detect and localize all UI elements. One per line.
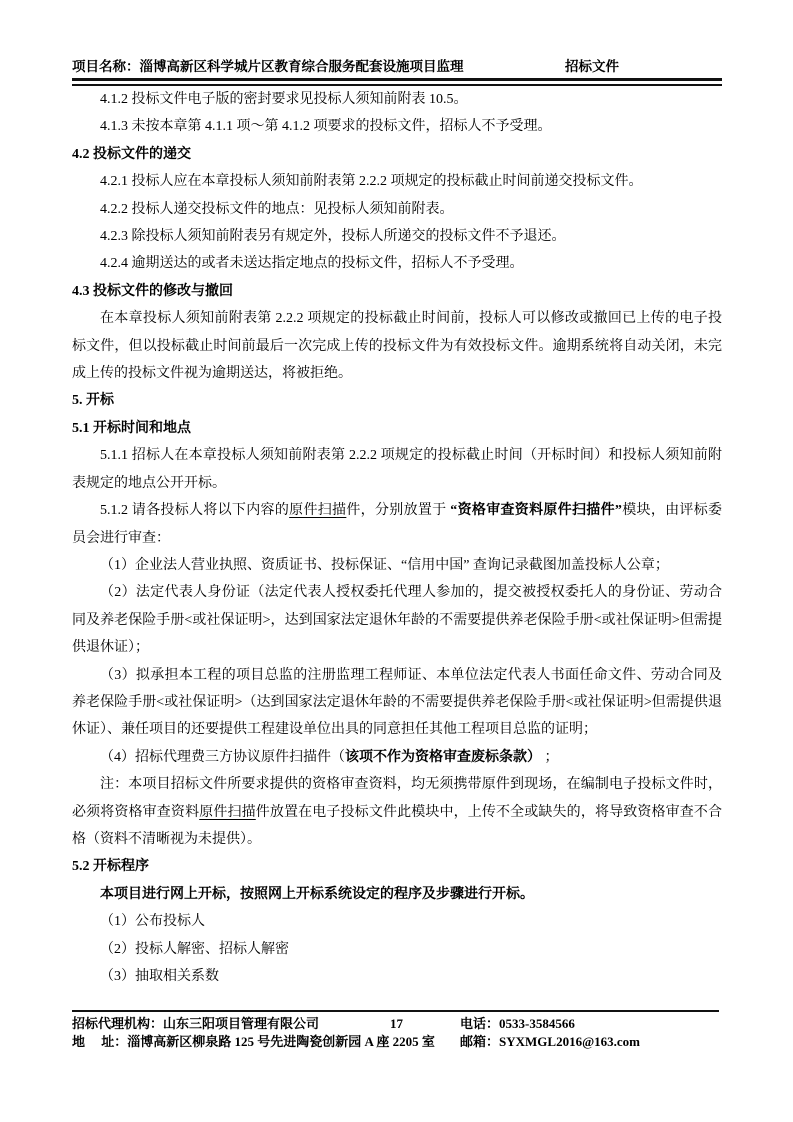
clause-5-1-2: 5.1.2 请各投标人将以下内容的原件扫描件，分别放置于 “资格审查资料原件扫描… — [72, 497, 722, 552]
text-segment: （1）公布投标人 — [100, 914, 205, 929]
para-4-3-body: 在本章投标人须知前附表第 2.2.2 项规定的投标截止时间前，投标人可以修改或撤… — [72, 305, 722, 387]
page-header: 项目名称：淄博高新区科学城片区教育综合服务配套设施项目监理 招标文件 — [72, 55, 722, 75]
text-segment: 件，分别放置于 — [346, 503, 450, 518]
text-segment: 5.2 开标程序 — [72, 859, 149, 874]
footer-email: 邮箱：SYXMGL2016@163.com — [460, 1033, 640, 1050]
footer-address: 地 址：淄博高新区柳泉路 125 号先进陶瓷创新园 A 座 2205 室 — [72, 1033, 435, 1050]
text-segment: 4.2.1 投标人应在本章投标人须知前附表第 2.2.2 项规定的投标截止时间前… — [100, 174, 643, 189]
document-page: 项目名称：淄博高新区科学城片区教育综合服务配套设施项目监理 招标文件 4.1.2… — [0, 0, 793, 1122]
clause-4-1-3: 4.1.3 未按本章第 4.1.1 项～第 4.1.2 项要求的投标文件，招标人… — [72, 113, 722, 140]
open-step-3: （3）抽取相关系数 — [72, 963, 722, 990]
heading-5-1: 5.1 开标时间和地点 — [72, 415, 722, 442]
list-item-2: （2）法定代表人身份证（法定代表人授权委托代理人参加的，提交被授权委托人的身份证… — [72, 579, 722, 661]
footer-address-label: 地 址： — [72, 1034, 127, 1049]
text-segment: （3）拟承担本工程的项目总监的注册监理工程师证、本单位法定代表人书面任命文件、劳… — [72, 668, 722, 738]
footer-row-1: 招标代理机构：山东三阳项目管理有限公司 17 电话：0533-3584566 — [72, 1015, 719, 1033]
clause-4-1-2: 4.1.2 投标文件电子版的密封要求见投标人须知前附表 10.5。 — [72, 86, 722, 113]
text-segment: “资格审查资料原件扫描件” — [450, 503, 622, 518]
text-segment: （4）招标代理费三方协议原件扫描件（ — [100, 750, 345, 765]
clause-4-2-4: 4.2.4 逾期送达的或者未送达指定地点的投标文件，招标人不予受理。 — [72, 250, 722, 277]
footer-address-value: 淄博高新区柳泉路 125 号先进陶瓷创新园 A 座 2205 室 — [127, 1034, 435, 1049]
note-paragraph: 注：本项目招标文件所要求提供的资格审查资料，均无须携带原件到现场，在编制电子投标… — [72, 771, 722, 853]
text-segment: 4.2 投标文件的递交 — [72, 147, 191, 162]
list-item-3: （3）拟承担本工程的项目总监的注册监理工程师证、本单位法定代表人书面任命文件、劳… — [72, 662, 722, 744]
list-item-4: （4）招标代理费三方协议原件扫描件（该项不作为资格审查废标条款） ； — [72, 744, 722, 771]
text-segment: ； — [541, 750, 559, 765]
open-step-2: （2）投标人解密、招标人解密 — [72, 936, 722, 963]
header-project-title: 淄博高新区科学城片区教育综合服务配套设施项目监理 — [140, 59, 464, 74]
text-segment: （3）抽取相关系数 — [100, 969, 219, 984]
text-segment: 该项不作为资格审查废标条款） — [345, 750, 541, 765]
text-segment: （1）企业法人营业执照、资质证书、投标保证、“信用中国” 查询记录截图加盖投标人… — [100, 558, 669, 573]
text-segment: 4.2.2 投标人递交投标文件的地点：见投标人须知前附表。 — [100, 202, 454, 217]
text-segment: 4.1.3 未按本章第 4.1.1 项～第 4.1.2 项要求的投标文件，招标人… — [100, 119, 552, 134]
footer-phone-value: 0533-3584566 — [499, 1016, 575, 1031]
text-segment: 4.2.3 除投标人须知前附表另有规定外，投标人所递交的投标文件不予退还。 — [100, 229, 566, 244]
text-segment: 4.1.2 投标文件电子版的密封要求见投标人须知前附表 10.5。 — [100, 92, 468, 107]
heading-5-2: 5.2 开标程序 — [72, 853, 722, 880]
footer-phone: 电话：0533-3584566 — [460, 1015, 575, 1032]
footer-email-value: SYXMGL2016@163.com — [499, 1034, 640, 1049]
list-item-1: （1）企业法人营业执照、资质证书、投标保证、“信用中国” 查询记录截图加盖投标人… — [72, 552, 722, 579]
para-5-2-body: 本项目进行网上开标，按照网上开标系统设定的程序及步骤进行开标。 — [72, 881, 722, 908]
text-segment: 5. 开标 — [72, 393, 114, 408]
document-body: 4.1.2 投标文件电子版的密封要求见投标人须知前附表 10.5。4.1.3 未… — [72, 86, 722, 990]
text-segment: 5.1.2 请各投标人将以下内容的 — [100, 503, 289, 518]
header-doc-type: 招标文件 — [565, 55, 619, 75]
text-segment: 5.1.1 招标人在本章投标人须知前附表第 2.2.2 项规定的投标截止时间（开… — [72, 448, 722, 490]
footer-agency: 招标代理机构：山东三阳项目管理有限公司 — [72, 1015, 319, 1032]
clause-4-2-2: 4.2.2 投标人递交投标文件的地点：见投标人须知前附表。 — [72, 196, 722, 223]
footer-agency-label: 招标代理机构： — [72, 1016, 163, 1031]
footer-email-label: 邮箱： — [460, 1034, 499, 1049]
text-segment: 在本章投标人须知前附表第 2.2.2 项规定的投标截止时间前，投标人可以修改或撤… — [72, 311, 722, 381]
clause-5-1-1: 5.1.1 招标人在本章投标人须知前附表第 2.2.2 项规定的投标截止时间（开… — [72, 442, 722, 497]
header-double-rule — [72, 78, 722, 86]
text-segment: 本项目进行网上开标，按照网上开标系统设定的程序及步骤进行开标。 — [100, 887, 534, 902]
page-footer: 招标代理机构：山东三阳项目管理有限公司 17 电话：0533-3584566 地… — [72, 1010, 719, 1051]
clause-4-2-3: 4.2.3 除投标人须知前附表另有规定外，投标人所递交的投标文件不予退还。 — [72, 223, 722, 250]
page-number: 17 — [390, 1015, 403, 1032]
heading-5: 5. 开标 — [72, 387, 722, 414]
footer-row-2: 地 址：淄博高新区柳泉路 125 号先进陶瓷创新园 A 座 2205 室 邮箱：… — [72, 1033, 719, 1051]
text-segment: 原件扫描 — [289, 503, 346, 518]
heading-4-2: 4.2 投标文件的递交 — [72, 141, 722, 168]
header-project-label: 项目名称： — [72, 59, 140, 74]
open-step-1: （1）公布投标人 — [72, 908, 722, 935]
text-segment: （2）投标人解密、招标人解密 — [100, 942, 289, 957]
footer-agency-name: 山东三阳项目管理有限公司 — [163, 1016, 319, 1031]
text-segment: （2）法定代表人身份证（法定代表人授权委托代理人参加的，提交被授权委托人的身份证… — [72, 585, 722, 655]
text-segment: 4.3 投标文件的修改与撤回 — [72, 284, 233, 299]
footer-phone-label: 电话： — [460, 1016, 499, 1031]
clause-4-2-1: 4.2.1 投标人应在本章投标人须知前附表第 2.2.2 项规定的投标截止时间前… — [72, 168, 722, 195]
text-segment: 5.1 开标时间和地点 — [72, 421, 191, 436]
heading-4-3: 4.3 投标文件的修改与撤回 — [72, 278, 722, 305]
text-segment: 原件扫描 — [199, 805, 256, 820]
text-segment: 4.2.4 逾期送达的或者未送达指定地点的投标文件，招标人不予受理。 — [100, 256, 524, 271]
